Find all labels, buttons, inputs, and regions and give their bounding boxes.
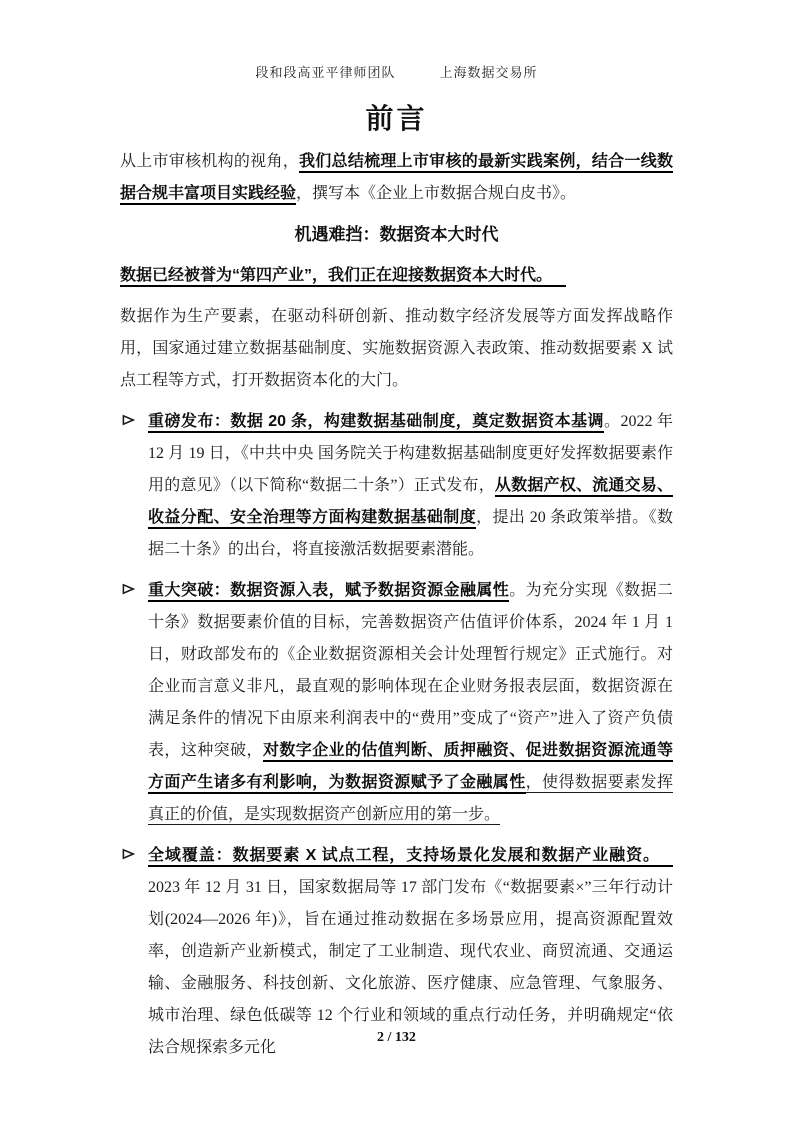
paragraph: 从上市审核机构的视角，我们总结梳理上市审核的最新实践案例，结合一线数据合规丰富项…: [120, 146, 673, 210]
page-number: 2 / 132: [0, 1030, 793, 1046]
section-heading: 机遇难挡：数据资本大时代: [120, 219, 673, 251]
page-header: 段和段高亚平律师团队 上海数据交易所: [0, 62, 793, 81]
text-run: ，撰写本《企业上市数据合规白皮书》。: [296, 185, 576, 202]
header-left-text: 段和段高亚平律师团队: [255, 62, 395, 81]
right-arrowhead-icon: [122, 840, 135, 872]
bullet-item: 重大突破：数据资源入表，赋予数据资源金融属性。为充分实现《数据二十条》数据要素价…: [120, 575, 673, 831]
text-run: 重大突破：数据资源入表，赋予数据资源金融属性: [148, 582, 509, 602]
right-arrowhead-icon: [122, 575, 135, 607]
text-run: 全域覆盖：数据要素 X 试点工程，支持场景化发展和数据产业融资。: [148, 847, 673, 867]
text-run: 数据已经被誉为“第四产业”，我们正在迎接数据资本大时代。: [120, 267, 566, 287]
page-title: 前言: [0, 97, 793, 137]
text-run: 重磅发布：数据 20 条，构建数据基础制度，奠定数据资本基调: [148, 413, 604, 433]
text-run: 。为充分实现《数据二十条》数据要素价值的目标，完善数据资产估值评价体系，2024…: [148, 582, 673, 759]
text-run: 机遇难挡：数据资本大时代: [295, 225, 499, 244]
document-page: 段和段高亚平律师团队 上海数据交易所 前言 从上市审核机构的视角，我们总结梳理上…: [0, 0, 793, 1122]
text-run: 从上市审核机构的视角，: [120, 153, 299, 170]
right-arrowhead-icon: [122, 406, 135, 438]
content: 从上市审核机构的视角，我们总结梳理上市审核的最新实践案例，结合一线数据合规丰富项…: [120, 146, 673, 1073]
header-right-text: 上海数据交易所: [440, 62, 538, 81]
paragraph: 数据已经被誉为“第四产业”，我们正在迎接数据资本大时代。: [120, 260, 673, 292]
paragraph: 数据作为生产要素，在驱动科研创新、推动数字经济发展等方面发挥战略作用，国家通过建…: [120, 301, 673, 397]
bullet-item: 重磅发布：数据 20 条，构建数据基础制度，奠定数据资本基调。2022 年 12…: [120, 406, 673, 566]
text-run: 数据作为生产要素，在驱动科研创新、推动数字经济发展等方面发挥战略作用，国家通过建…: [120, 308, 673, 389]
